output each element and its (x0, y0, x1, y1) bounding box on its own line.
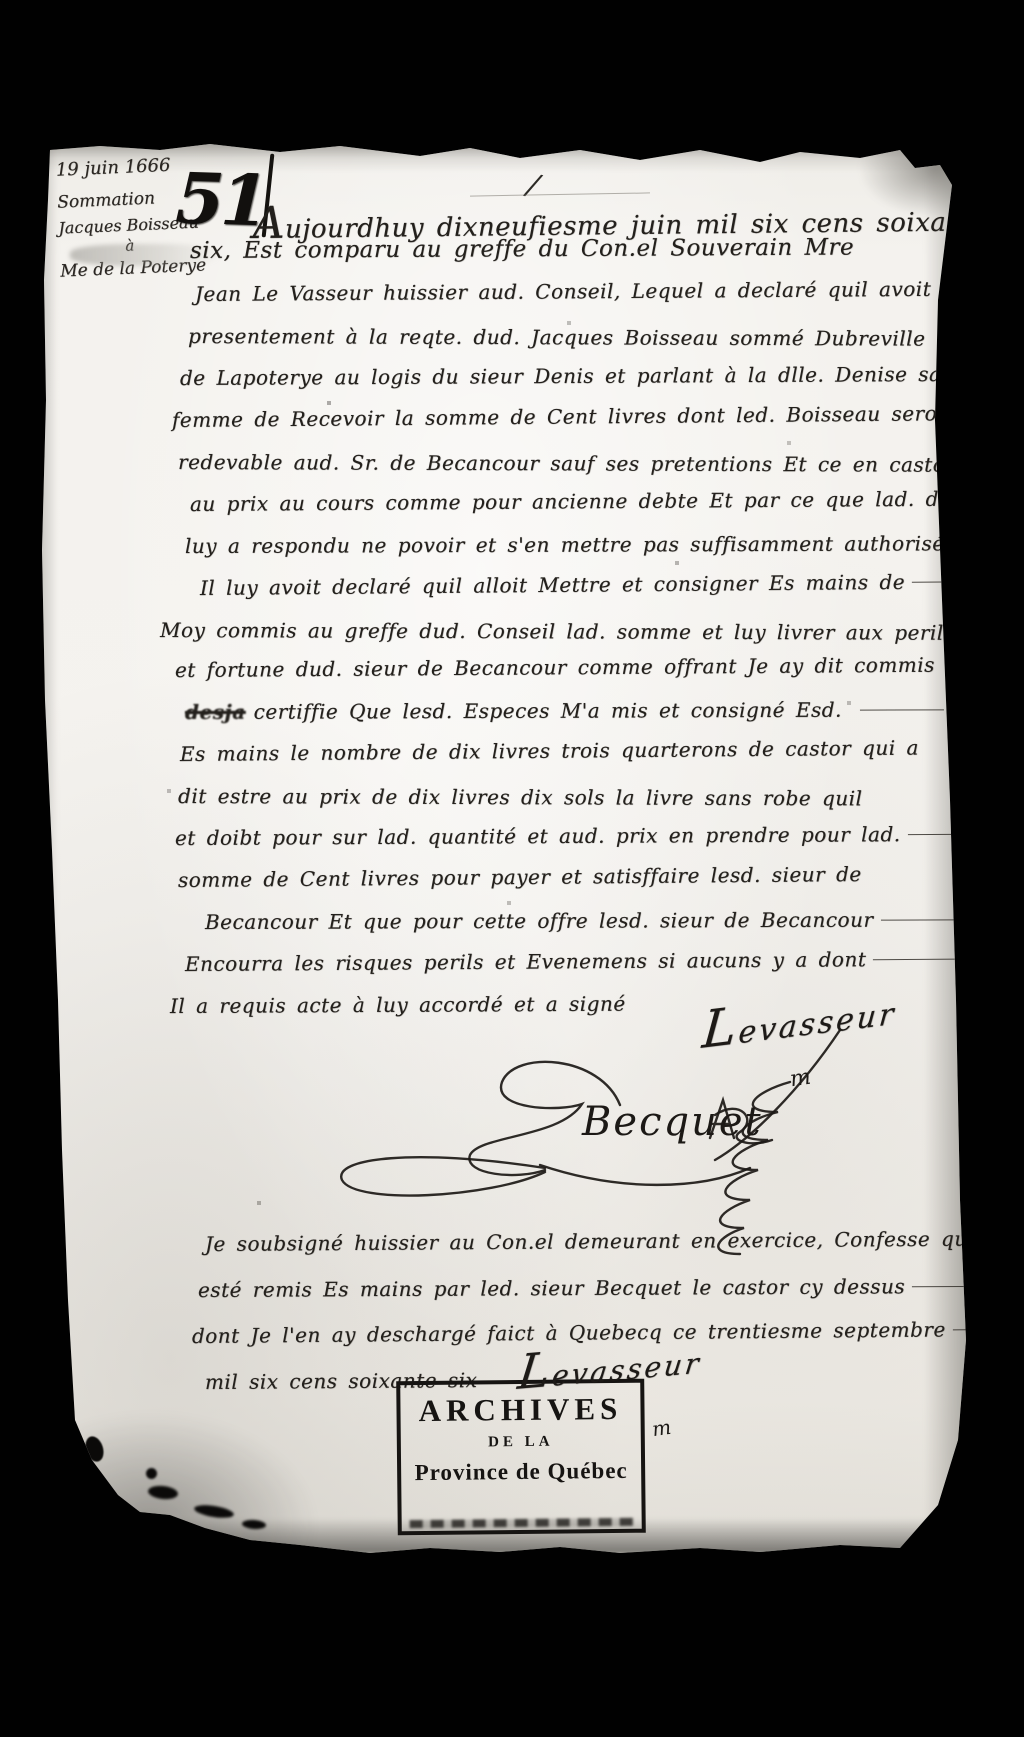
edge-shading-bottom-left (78, 1412, 318, 1552)
manuscript-line: Es mains le nombre de dix livres trois q… (180, 736, 919, 766)
document-page: 19 juin 1666 Sommation Jacques Boisseau … (28, 142, 972, 1574)
archives-stamp: ARCHIVES DE LA Province de Québec (396, 1379, 646, 1536)
manuscript-line: dit estre au prix de dix livres dix sols… (178, 784, 863, 810)
ink-blot (242, 1519, 267, 1530)
manuscript-line: et doibt pour sur lad. quantité et aud. … (175, 822, 992, 850)
manuscript-line: desjacertiffie Que lesd. Especes M'a mis… (185, 697, 944, 724)
microfilm-frame: 19 juin 1666 Sommation Jacques Boisseau … (0, 0, 1024, 1737)
manuscript-line: Becancour Et que pour cette offre lesd. … (205, 907, 965, 934)
signature-paraph: m (650, 1415, 672, 1441)
ink-blot (193, 1503, 234, 1520)
manuscript-line: redevable aud. Sr. de Becancour sauf ses… (178, 450, 1014, 477)
manuscript-line: Il a requis acte à luy accordé et a sign… (170, 992, 626, 1018)
edge-shading-left (36, 142, 58, 1574)
manuscript-line: presentement à la reqte. dud. Jacques Bo… (188, 324, 1020, 351)
manuscript-line: luy a respondu ne povoir et s'en mettre … (185, 531, 1024, 558)
ink-blot (146, 1468, 157, 1479)
attestation-line: Je soubsigné huissier au Con.el demeuran… (205, 1226, 1024, 1256)
edge-shading-right (924, 142, 972, 1574)
manuscript-line: Jean Le Vasseur huissier aud. Conseil, L… (195, 277, 931, 306)
manuscript-line: Moy commis au greffe dud. Conseil lad. s… (160, 618, 1024, 645)
manuscript-line: et fortune dud. sieur de Becancour comme… (175, 652, 1004, 682)
stamp-smudge-line (410, 1518, 634, 1528)
signature-becquet-flourish: Becquet (320, 1020, 850, 1260)
ink-blot (82, 1434, 106, 1464)
manuscript-line: de Lapoterye au logis du sieur Denis et … (180, 362, 942, 390)
signature-becquet: Becquet (581, 1099, 763, 1145)
stamp-line-de-la: DE LA (488, 1434, 554, 1452)
manuscript-line-text: certiffie Que lesd. Especes M'a mis et c… (254, 698, 842, 724)
stamp-line-province: Province de Québec (414, 1458, 627, 1486)
attestation-line: esté remis Es mains par led. sieur Becqu… (198, 1274, 996, 1302)
manuscript-line: au prix au cours comme pour ancienne deb… (190, 486, 1024, 516)
struck-word: desja (185, 700, 246, 724)
flourish-oval (341, 1157, 545, 1195)
flourish-underline (540, 1165, 750, 1185)
paper-specks (28, 142, 30, 144)
ink-blot (147, 1484, 178, 1500)
manuscript-line: femme de Recevoir la somme de Cent livre… (172, 400, 1024, 432)
manuscript-line: Encourra les risques perils et Evenemens… (185, 947, 958, 976)
manuscript-line: six, Est comparu au greffe du Con.el Sou… (190, 235, 854, 264)
manuscript-line: somme de Cent livres pour payer et satis… (178, 862, 862, 892)
manuscript-line: Il luy avoit declaré quil alloit Mettre … (200, 569, 996, 600)
